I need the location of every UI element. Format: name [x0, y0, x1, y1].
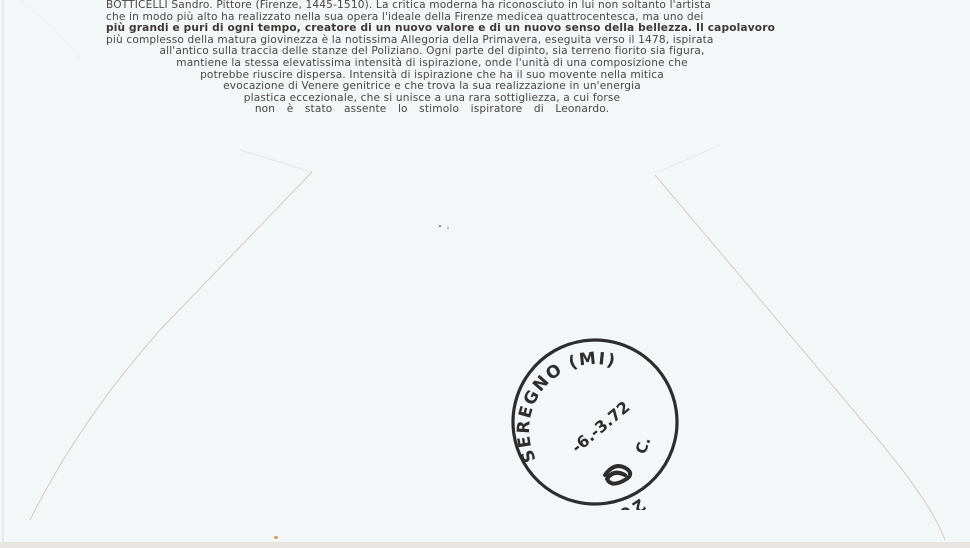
botticelli-description: BOTTICELLI Sandro. Pittore (Firenze, 144… [100, 0, 860, 116]
text-line: mantiene la stessa elevatissima intensit… [100, 58, 860, 70]
envelope-back: BOTTICELLI Sandro. Pittore (Firenze, 144… [0, 0, 970, 548]
postmark: SEREGNO (MI) 20038 -6.-3.72 C. [505, 335, 685, 510]
postmark-suffix: C. [632, 435, 655, 457]
paper-speck [274, 536, 278, 539]
postmark-date: -6.-3.72 [568, 397, 634, 457]
postmark-stamp-icon: SEREGNO (MI) 20038 -6.-3.72 C. [505, 335, 685, 510]
text-line: non è stato assente lo stimolo ispirator… [100, 104, 860, 116]
text-line: BOTTICELLI Sandro. Pittore (Firenze, 144… [100, 0, 860, 12]
text-line: evocazione di Venere genitrice e che tro… [100, 81, 860, 93]
envelope-bottom-edge [0, 542, 970, 548]
